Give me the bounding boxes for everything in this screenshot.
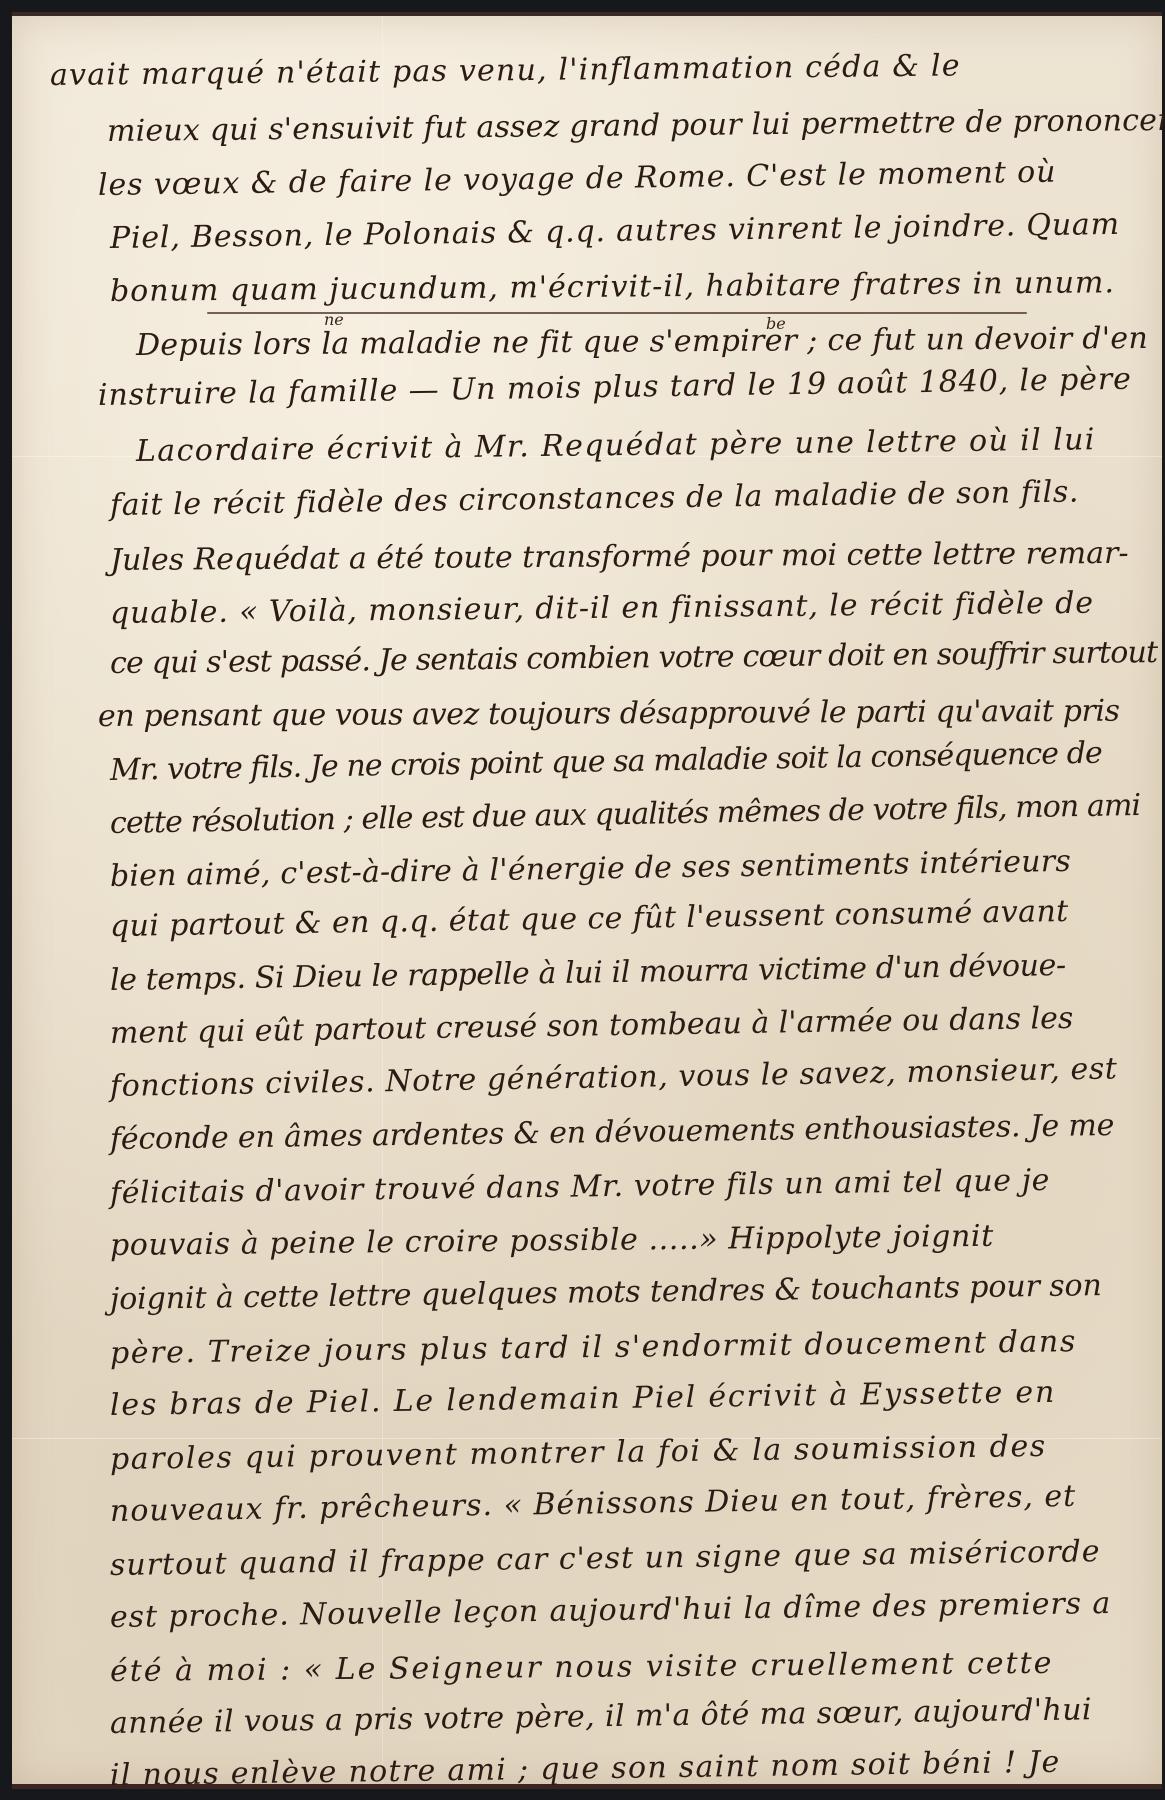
manuscript-line: mieux qui s'ensuivit fut assez grand pou… — [107, 103, 1165, 149]
manuscript-line: Jules Requédat a été toute transformé po… — [110, 536, 1129, 578]
manuscript-line: bien aimé, c'est-à-dire à l'énergie de s… — [110, 844, 1071, 894]
manuscript-line: en pensant que vous avez toujours désapp… — [98, 694, 1120, 734]
manuscript-line: le temps. Si Dieu le rappelle à lui il m… — [110, 948, 1066, 998]
manuscript-line: joignit à cette lettre quelques mots ten… — [110, 1268, 1102, 1317]
manuscript-line: Mr. votre fils. Je ne crois point que sa… — [110, 736, 1102, 788]
manuscript-line: bonum quam jucundum, m'écrivit-il, habit… — [110, 265, 1115, 309]
manuscript-line: quable. « Voilà, monsieur, dit-il en fin… — [110, 586, 1094, 631]
manuscript-line: été à moi : « Le Seigneur nous visite cr… — [110, 1646, 1054, 1689]
manuscript-line: féconde en âmes ardentes & en dévouement… — [110, 1108, 1115, 1157]
manuscript-line: les vœux & de faire le voyage de Rome. C… — [98, 155, 1057, 203]
manuscript-line: ce qui s'est passé. Je sentais combien v… — [110, 635, 1158, 681]
manuscript-line: cette résolution ; elle est due aux qual… — [110, 788, 1141, 841]
scanned-page: avait marqué n'était pas venu, l'inflamm… — [0, 0, 1165, 1800]
manuscript-line: fait le récit fidèle des circonstances d… — [110, 474, 1079, 523]
manuscript-line: il nous enlève notre ami ; que son saint… — [110, 1745, 1061, 1793]
manuscript-line: Piel, Besson, le Polonais & q.q. autres … — [110, 207, 1120, 256]
manuscript-line: surtout quand il frappe car c'est un sig… — [110, 1534, 1101, 1583]
manuscript-line: père. Treize jours plus tard il s'endorm… — [110, 1324, 1077, 1371]
manuscript-line: les bras de Piel. Le lendemain Piel écri… — [110, 1375, 1057, 1423]
manuscript-line: pouvais à peine le croire possible .....… — [110, 1219, 994, 1263]
manuscript-line: ment qui eût partout creusé son tombeau … — [110, 1001, 1074, 1051]
manuscript-line: nouveaux fr. prêcheurs. « Bénissons Dieu… — [110, 1479, 1077, 1529]
manuscript-line: Lacordaire écrivit à Mr. Requédat père u… — [136, 422, 1096, 469]
manuscript-line: fonctions civiles. Notre génération, vou… — [110, 1051, 1118, 1104]
manuscript-line: Depuis lors la maladie ne fit que s'empi… — [136, 321, 1148, 363]
manuscript-line: félicitais d'avoir trouvé dans Mr. votre… — [110, 1163, 1051, 1211]
manuscript-line: année il vous a pris votre père, il m'a … — [110, 1692, 1092, 1741]
manuscript-line: instruire la famille — Un mois plus tard… — [98, 362, 1132, 413]
manuscript-line: avait marqué n'était pas venu, l'inflamm… — [50, 48, 961, 93]
manuscript-line: est proche. Nouvelle leçon aujourd'hui l… — [110, 1586, 1112, 1635]
manuscript-line: qui partout & en q.q. état que ce fût l'… — [110, 894, 1069, 944]
manuscript-line: paroles qui prouvent montrer la foi & la… — [110, 1429, 1047, 1477]
paper-sheet: avait marqué n'était pas venu, l'inflamm… — [12, 12, 1162, 1789]
manuscript-text: avait marqué n'était pas venu, l'inflamm… — [12, 16, 1162, 1784]
